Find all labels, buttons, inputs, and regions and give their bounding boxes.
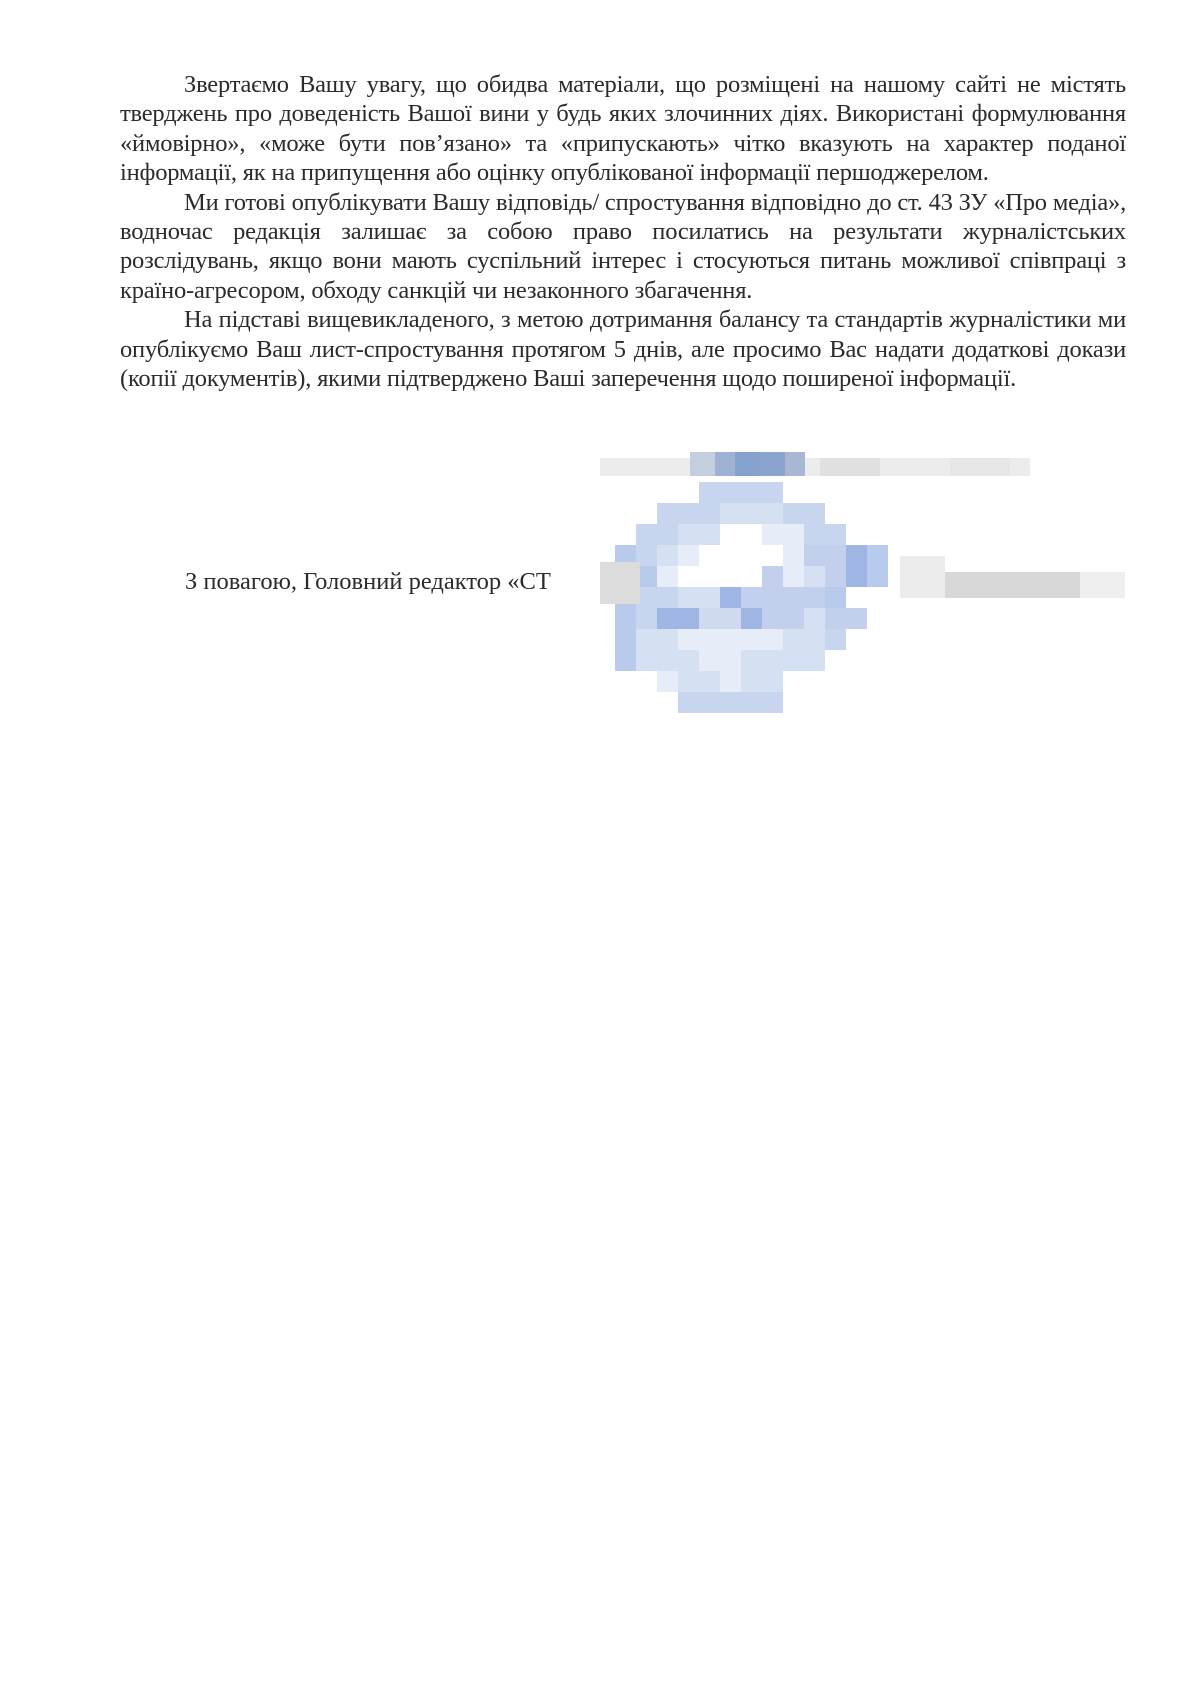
signature-line: З повагою, Головний редактор «СТ	[185, 568, 551, 596]
paragraph-1: Звертаємо Вашу увагу, що обидва матеріал…	[120, 70, 1126, 188]
letter-body: Звертаємо Вашу увагу, що обидва матеріал…	[120, 70, 1126, 393]
paragraph-3: На підставі вищевикладеного, з метою дот…	[120, 305, 1126, 393]
paragraph-2: Ми готові опублікувати Вашу відповідь/ с…	[120, 188, 1126, 306]
